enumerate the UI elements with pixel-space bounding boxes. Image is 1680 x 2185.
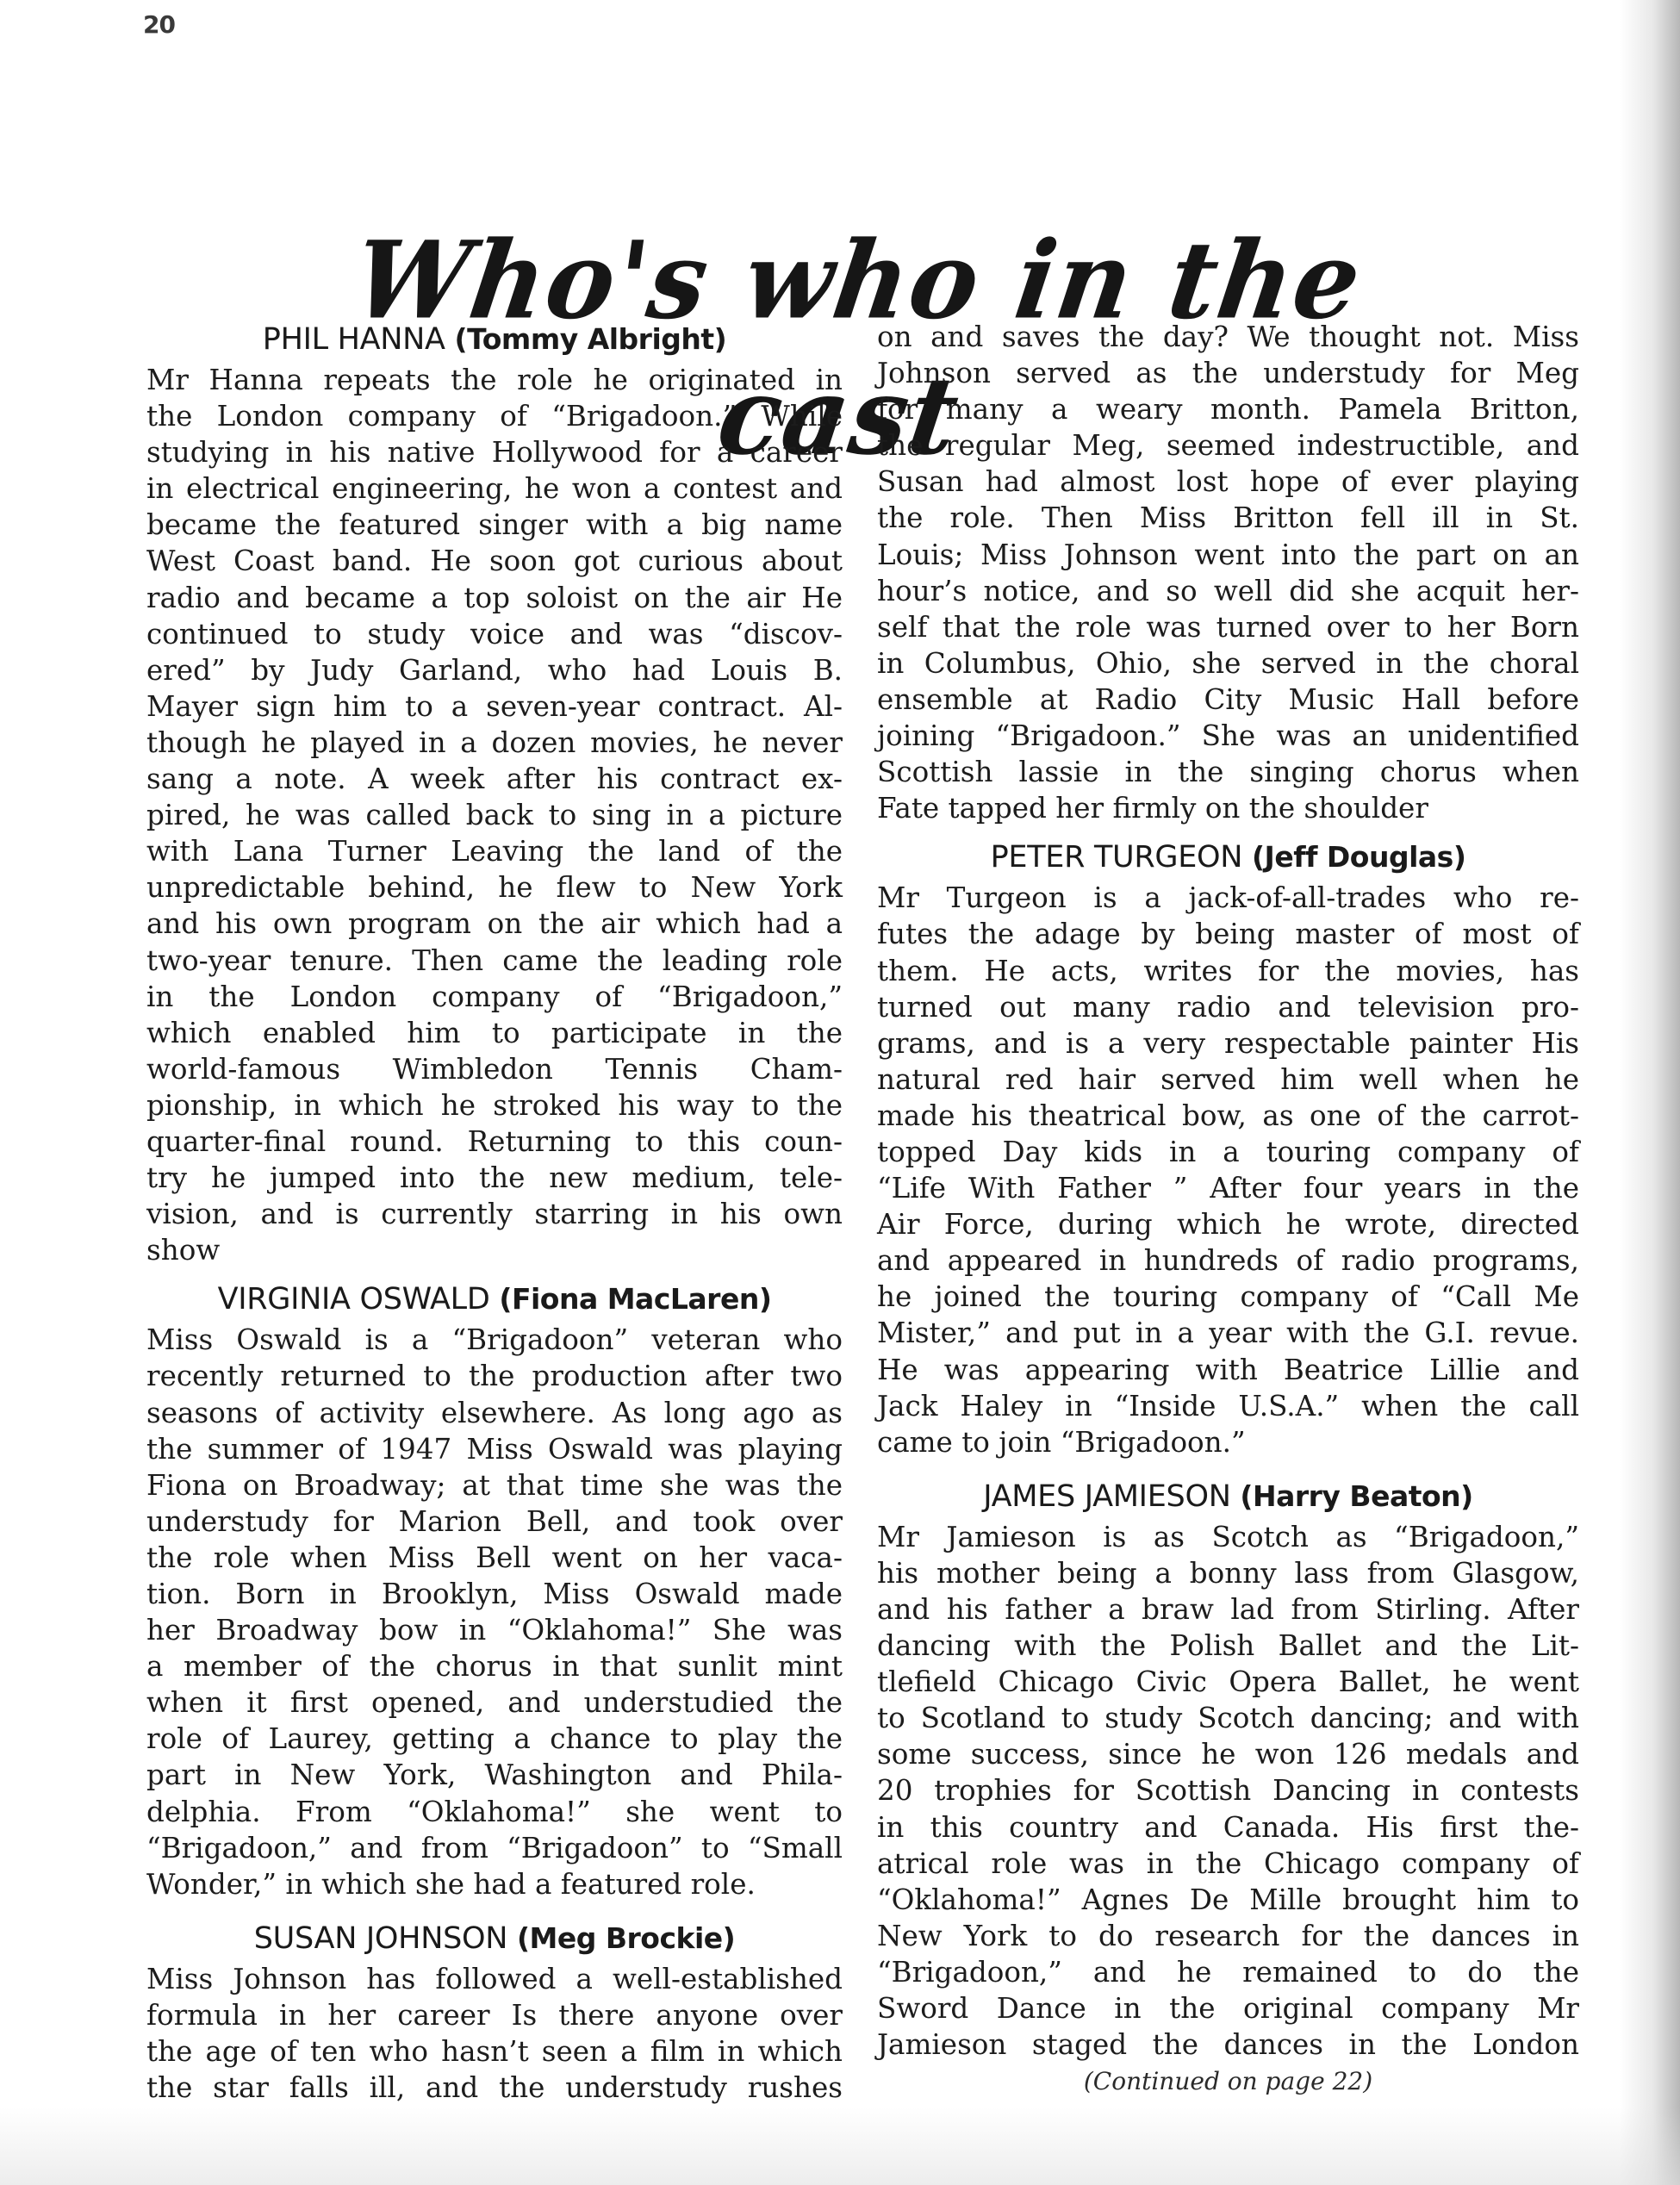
actor-name: PETER TURGEON	[991, 840, 1243, 875]
continued-note: (Continued on page 22)	[877, 2064, 1579, 2099]
text-line: in this country and Canada. His first th…	[877, 1809, 1579, 1846]
text-line: Wonder,” in which she had a featured rol…	[146, 1866, 843, 1902]
text-line: some success, since he won 126 medals an…	[877, 1736, 1579, 1772]
text-line: try he jumped into the new medium, tele-	[146, 1160, 843, 1196]
role-name: (Fiona MacLaren)	[499, 1282, 771, 1316]
text-line: and his own program on the air which had…	[146, 906, 843, 942]
text-line: Mr Turgeon is a jack-of-all-trades who r…	[877, 880, 1579, 916]
cast-heading: SUSAN JOHNSON (Meg Brockie)	[146, 1920, 843, 1958]
text-line: “Brigadoon,” and from “Brigadoon” to “Sm…	[146, 1830, 843, 1866]
text-line: for many a weary month. Pamela Britton,	[877, 391, 1579, 427]
text-line: the summer of 1947 Miss Oswald was playi…	[146, 1431, 843, 1467]
text-line: show	[146, 1232, 843, 1268]
text-line: delphia. From “Oklahoma!” she went to	[146, 1794, 843, 1830]
actor-name: PHIL HANNA	[263, 322, 445, 357]
right-column: on and saves the day? We thought not. Mi…	[877, 319, 1579, 2114]
text-line: though he played in a dozen movies, he n…	[146, 725, 843, 761]
text-line: Miss Johnson has followed a well-establi…	[146, 1961, 843, 1997]
text-line: when it first opened, and understudied t…	[146, 1684, 843, 1721]
text-line: Jack Haley in “Inside U.S.A.” when the c…	[877, 1388, 1579, 1424]
cast-bio: Mr Hanna repeats the role he originated …	[146, 362, 843, 1268]
text-line: self that the role was turned over to he…	[877, 609, 1579, 645]
text-line: with Lana Turner Leaving the land of the	[146, 833, 843, 869]
text-line: Scottish lassie in the singing chorus wh…	[877, 754, 1579, 790]
text-line: turned out many radio and television pro…	[877, 989, 1579, 1025]
text-line: made his theatrical bow, as one of the c…	[877, 1098, 1579, 1134]
text-line: atrical role was in the Chicago company …	[877, 1846, 1579, 1882]
text-line: “Brigadoon,” and he remained to do the	[877, 1954, 1579, 1990]
role-name: (Meg Brockie)	[517, 1921, 735, 1955]
text-line: He was appearing with Beatrice Lillie an…	[877, 1352, 1579, 1388]
text-line: and appeared in hundreds of radio progra…	[877, 1242, 1579, 1279]
text-line: Jamieson staged the dances in the London	[877, 2026, 1579, 2063]
text-line: formula in her career Is there anyone ov…	[146, 1997, 843, 2033]
text-line: became the featured singer with a big na…	[146, 507, 843, 543]
text-line: New York to do research for the dances i…	[877, 1918, 1579, 1954]
text-line: pired, he was called back to sing in a p…	[146, 797, 843, 833]
text-line: in the London company of “Brigadoon,”	[146, 979, 843, 1015]
text-line: hour’s notice, and so well did she acqui…	[877, 573, 1579, 609]
text-line: role of Laurey, getting a chance to play…	[146, 1721, 843, 1757]
cast-entry-peter-turgeon: PETER TURGEON (Jeff Douglas) Mr Turgeon …	[877, 838, 1579, 1460]
text-line: natural red hair served him well when he	[877, 1061, 1579, 1098]
cast-bio: Mr Turgeon is a jack-of-all-trades who r…	[877, 880, 1579, 1460]
left-column: PHIL HANNA (Tommy Albright) Mr Hanna rep…	[146, 321, 843, 2121]
text-line: Air Force, during which he wrote, direct…	[877, 1206, 1579, 1242]
text-line: seasons of activity elsewhere. As long a…	[146, 1395, 843, 1431]
text-line: a member of the chorus in that sunlit mi…	[146, 1648, 843, 1684]
text-line: understudy for Marion Bell, and took ove…	[146, 1503, 843, 1540]
text-line: the age of ten who hasn’t seen a film in…	[146, 2033, 843, 2070]
text-line: Fate tapped her firmly on the shoulder	[877, 790, 1579, 826]
cast-bio: Miss Johnson has followed a well-establi…	[146, 1961, 843, 2106]
text-line: 20 trophies for Scottish Dancing in cont…	[877, 1772, 1579, 1808]
text-line: pionship, in which he stroked his way to…	[146, 1087, 843, 1124]
text-line: joining “Brigadoon.” She was an unidenti…	[877, 718, 1579, 754]
text-line: Louis; Miss Johnson went into the part o…	[877, 537, 1579, 573]
page-gutter-shadow	[1620, 0, 1680, 2185]
text-line: “Life With Father ” After four years in …	[877, 1170, 1579, 1206]
cast-entry-susan-johnson-continued: on and saves the day? We thought not. Mi…	[877, 319, 1579, 826]
text-line: continued to study voice and was “discov…	[146, 616, 843, 652]
text-line: radio and became a top soloist on the ai…	[146, 580, 843, 616]
text-line: to Scotland to study Scotch dancing; and…	[877, 1700, 1579, 1736]
text-line: the star falls ill, and the understudy r…	[146, 2070, 843, 2106]
cast-heading: PETER TURGEON (Jeff Douglas)	[877, 838, 1579, 876]
text-line: tlefield Chicago Civic Opera Ballet, he …	[877, 1664, 1579, 1700]
text-line: unpredictable behind, he flew to New Yor…	[146, 869, 843, 906]
text-line: sang a note. A week after his contract e…	[146, 761, 843, 797]
text-line: vision, and is currently starring in his…	[146, 1196, 843, 1232]
text-line: tion. Born in Brooklyn, Miss Oswald made	[146, 1576, 843, 1612]
cast-entry-virginia-oswald: VIRGINIA OSWALD (Fiona MacLaren) Miss Os…	[146, 1280, 843, 1902]
text-line: part in New York, Washington and Phila-	[146, 1757, 843, 1793]
role-name: (Harry Beaton)	[1240, 1479, 1472, 1513]
text-line: he joined the touring company of “Call M…	[877, 1279, 1579, 1315]
text-line: his mother being a bonny lass from Glasg…	[877, 1555, 1579, 1591]
text-line: the London company of “Brigadoon.” While	[146, 398, 843, 434]
text-line: ered” by Judy Garland, who had Louis B.	[146, 652, 843, 688]
text-line: studying in his native Hollywood for a c…	[146, 434, 843, 470]
text-line: two-year tenure. Then came the leading r…	[146, 943, 843, 979]
cast-entry-susan-johnson: SUSAN JOHNSON (Meg Brockie) Miss Johnson…	[146, 1920, 843, 2106]
actor-name: JAMES JAMIESON	[983, 1479, 1230, 1514]
text-line: Miss Oswald is a “Brigadoon” veteran who	[146, 1322, 843, 1358]
cast-entry-james-jamieson: JAMES JAMIESON (Harry Beaton) Mr Jamieso…	[877, 1478, 1579, 2099]
text-line: and his father a braw lad from Stirling.…	[877, 1591, 1579, 1628]
text-line: Mr Jamieson is as Scotch as “Brigadoon,”	[877, 1519, 1579, 1555]
text-line: Johnson served as the understudy for Meg	[877, 355, 1579, 391]
text-line: the regular Meg, seemed indestructible, …	[877, 427, 1579, 464]
text-line: in Columbus, Ohio, she served in the cho…	[877, 645, 1579, 682]
role-name: (Jeff Douglas)	[1252, 840, 1465, 874]
text-line: on and saves the day? We thought not. Mi…	[877, 319, 1579, 355]
cast-heading: PHIL HANNA (Tommy Albright)	[146, 321, 843, 358]
text-line: which enabled him to participate in the	[146, 1015, 843, 1051]
text-line: Mr Hanna repeats the role he originated …	[146, 362, 843, 398]
role-name: (Tommy Albright)	[455, 322, 727, 356]
text-line: in electrical engineering, he won a cont…	[146, 470, 843, 507]
cast-bio-continued: on and saves the day? We thought not. Mi…	[877, 319, 1579, 826]
cast-entry-phil-hanna: PHIL HANNA (Tommy Albright) Mr Hanna rep…	[146, 321, 843, 1268]
text-line: West Coast band. He soon got curious abo…	[146, 543, 843, 579]
text-line: the role when Miss Bell went on her vaca…	[146, 1540, 843, 1576]
text-line: Mayer sign him to a seven-year contract.…	[146, 688, 843, 725]
text-line: grams, and is a very respectable painter…	[877, 1025, 1579, 1061]
text-line: world-famous Wimbledon Tennis Cham-	[146, 1051, 843, 1087]
cast-heading: JAMES JAMIESON (Harry Beaton)	[877, 1478, 1579, 1516]
cast-bio: Miss Oswald is a “Brigadoon” veteran who…	[146, 1322, 843, 1902]
text-line: topped Day kids in a touring company of	[877, 1134, 1579, 1170]
page-number: 20	[143, 10, 175, 39]
text-line: quarter-final round. Returning to this c…	[146, 1124, 843, 1160]
text-line: the role. Then Miss Britton fell ill in …	[877, 500, 1579, 536]
text-line: came to join “Brigadoon.”	[877, 1424, 1579, 1460]
text-line: recently returned to the production afte…	[146, 1358, 843, 1394]
text-line: Susan had almost lost hope of ever playi…	[877, 464, 1579, 500]
cast-bio: Mr Jamieson is as Scotch as “Brigadoon,”…	[877, 1519, 1579, 2063]
text-line: “Oklahoma!” Agnes De Mille brought him t…	[877, 1882, 1579, 1918]
text-line: her Broadway bow in “Oklahoma!” She was	[146, 1612, 843, 1648]
text-line: them. He acts, writes for the movies, ha…	[877, 953, 1579, 989]
text-line: ensemble at Radio City Music Hall before	[877, 682, 1579, 718]
text-line: futes the adage by being master of most …	[877, 916, 1579, 952]
text-line: Mister,” and put in a year with the G.I.…	[877, 1315, 1579, 1351]
actor-name: SUSAN JOHNSON	[254, 1921, 507, 1956]
actor-name: VIRGINIA OSWALD	[218, 1282, 490, 1317]
cast-heading: VIRGINIA OSWALD (Fiona MacLaren)	[146, 1280, 843, 1318]
text-line: Fiona on Broadway; at that time she was …	[146, 1467, 843, 1503]
text-line: dancing with the Polish Ballet and the L…	[877, 1628, 1579, 1664]
text-line: Sword Dance in the original company Mr	[877, 1990, 1579, 2026]
